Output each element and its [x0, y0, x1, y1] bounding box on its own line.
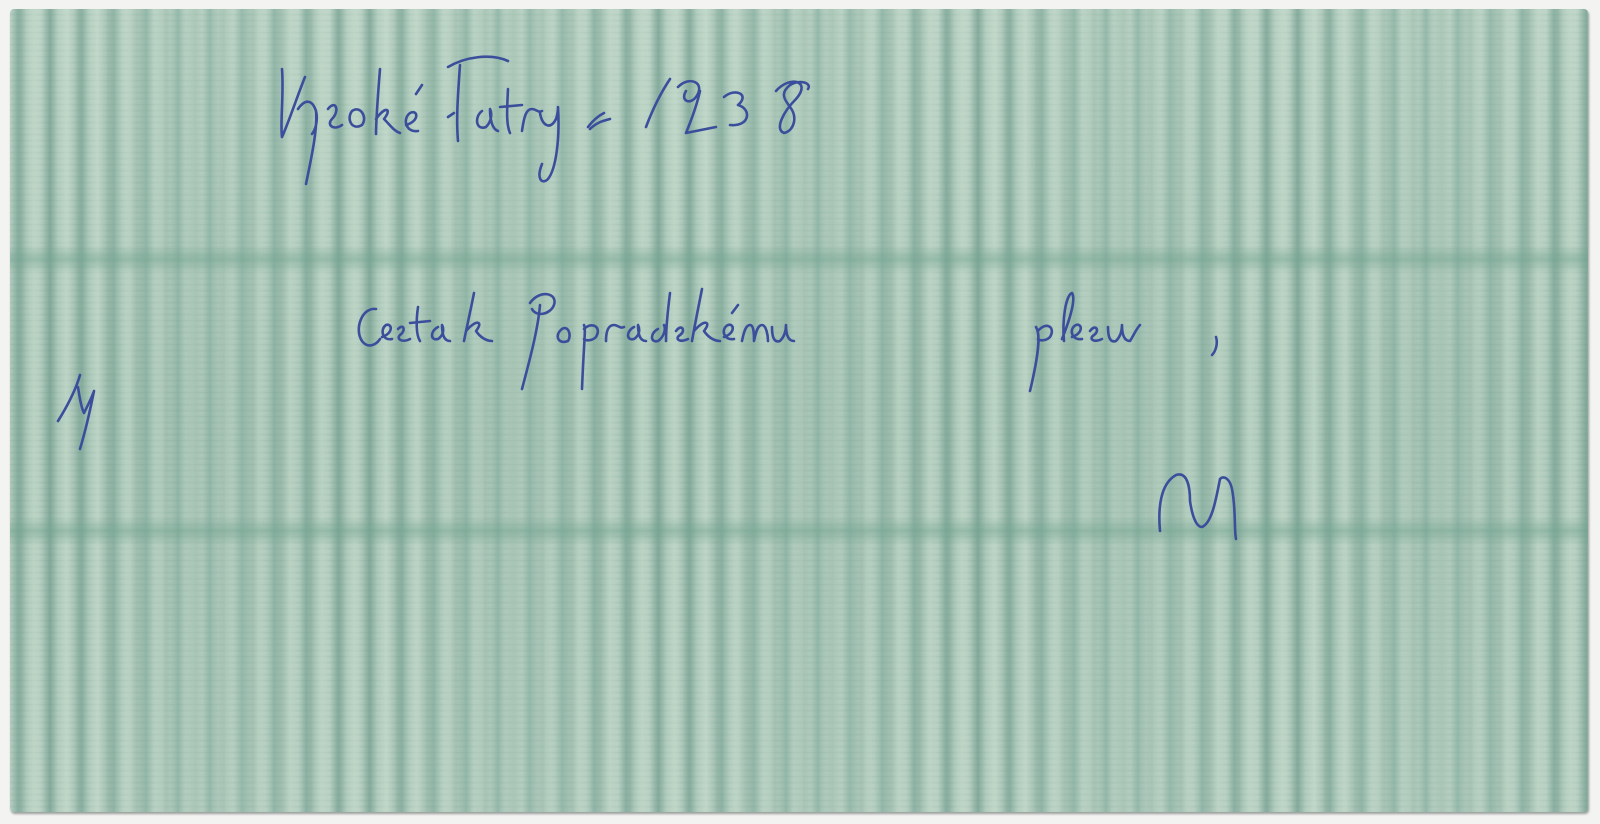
- handwritten-title-strokes: [260, 39, 880, 199]
- paper-fold-band: [10, 517, 1588, 545]
- scan-background: Vysoké Tatry v 1938: [0, 0, 1600, 824]
- paper-fold-band: [10, 245, 1588, 273]
- margin-mark-strokes: [32, 361, 132, 461]
- handwritten-caption-strokes: [340, 279, 1240, 409]
- handwritten-initial-strokes: [1120, 439, 1250, 559]
- paper-card: Vysoké Tatry v 1938: [10, 9, 1588, 812]
